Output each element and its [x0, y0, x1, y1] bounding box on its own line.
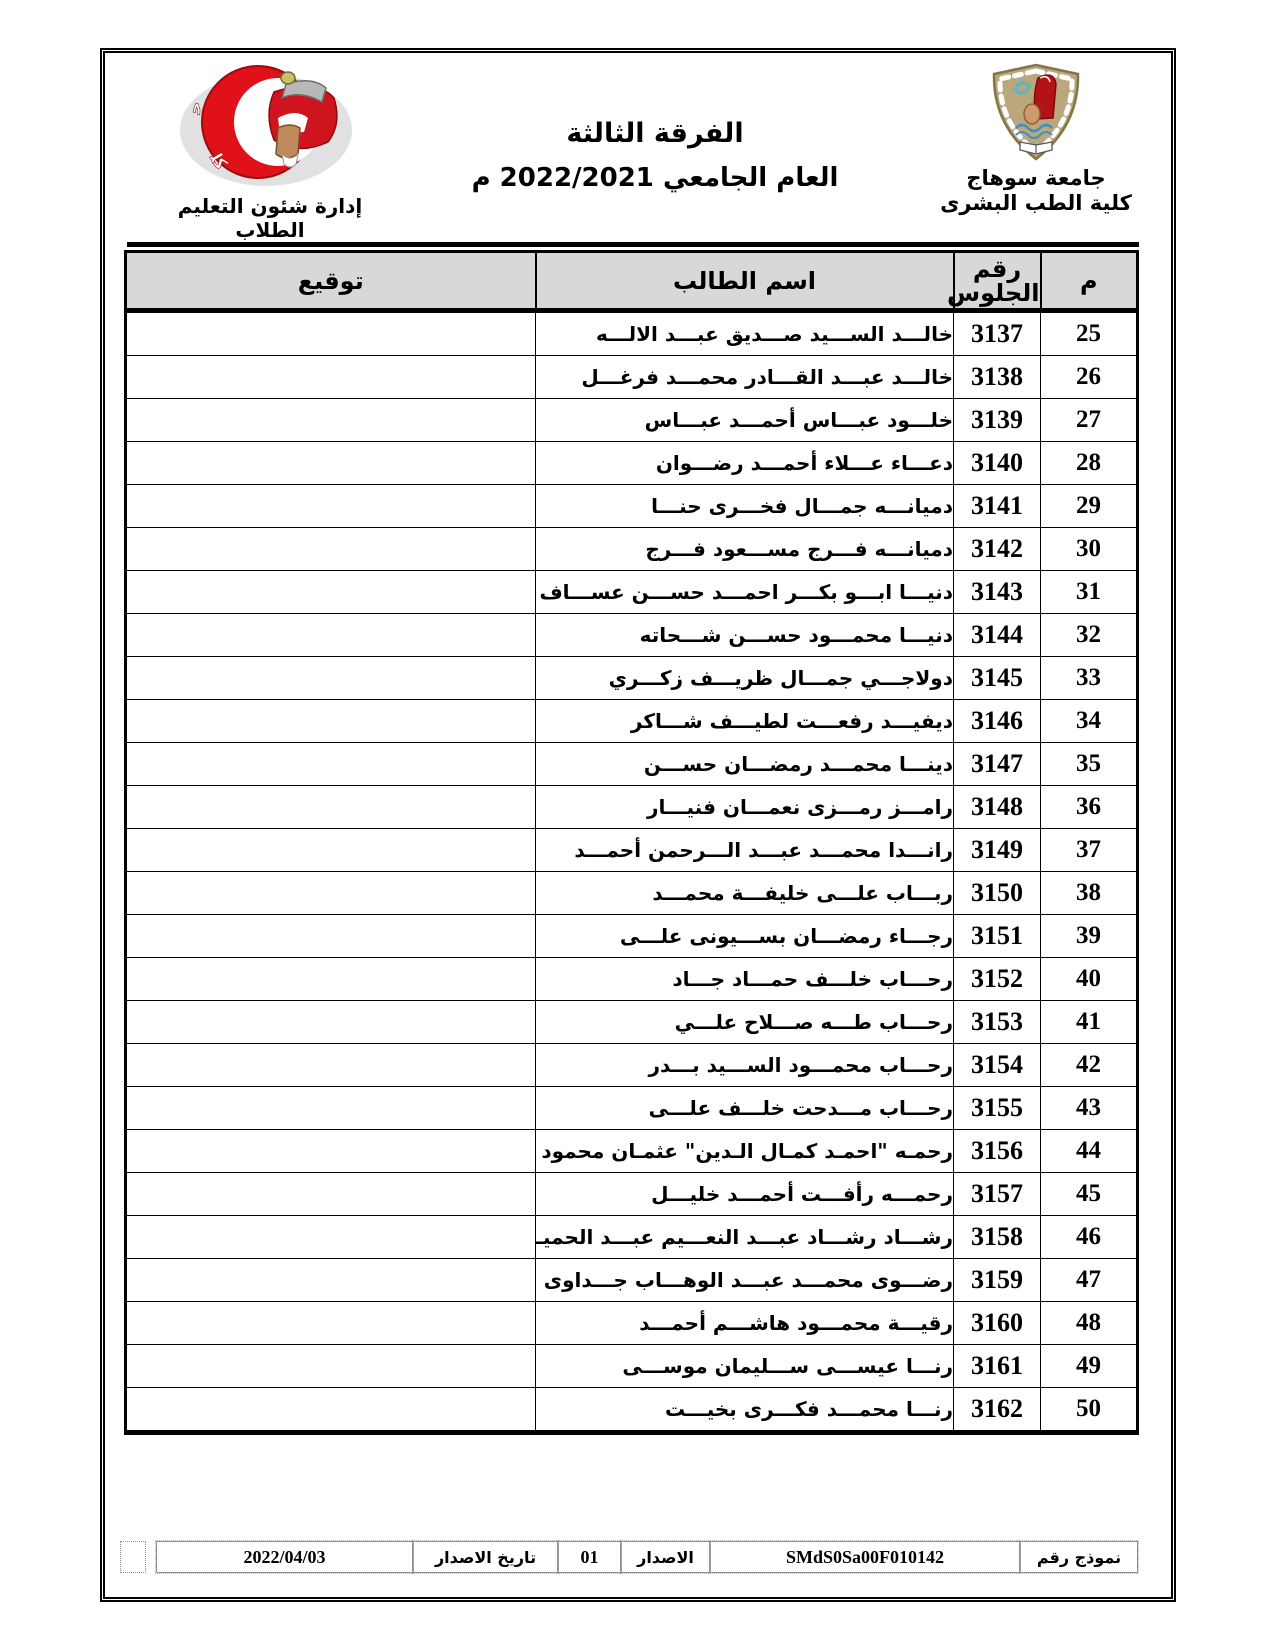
crescent-medicine-logo-icon: جامعة سوهاج كلية الطب [166, 62, 374, 186]
table-row: 483160رقيـــة محمـــود هاشـــم أحمـــد [126, 1302, 1138, 1345]
row-signature-cell [126, 1388, 536, 1433]
table-row: 343146ديفيـــد رفعـــت لطيـــف شـــاكر [126, 700, 1138, 743]
row-seat-number: 3142 [954, 528, 1041, 571]
row-seat-number: 3144 [954, 614, 1041, 657]
row-serial: 35 [1041, 743, 1138, 786]
row-serial: 27 [1041, 399, 1138, 442]
table-row: 393151رجـــاء رمضـــان بســـيونى علـــى [126, 915, 1138, 958]
row-student-name: دعـــاء عـــلاء أحمـــد رضـــوان [536, 442, 954, 485]
row-signature-cell [126, 1044, 536, 1087]
table-row: 413153رحـــاب طـــه صـــلاح علـــي [126, 1001, 1138, 1044]
row-serial: 25 [1041, 311, 1138, 356]
footer-form-strip: نموذج رقم SMdS0Sa00F010142 الاصدار 01 تا… [112, 1541, 1138, 1573]
table-row: 323144دنيـــا محمـــود حســـن شـــحاته [126, 614, 1138, 657]
row-serial: 46 [1041, 1216, 1138, 1259]
row-serial: 26 [1041, 356, 1138, 399]
row-serial: 45 [1041, 1173, 1138, 1216]
table-row: 263138خالـــد عبـــد القـــادر محمـــد ف… [126, 356, 1138, 399]
university-header-block: جامعة سوهاج كلية الطب البشرى [930, 62, 1142, 216]
row-seat-number: 3149 [954, 829, 1041, 872]
row-signature-cell [126, 311, 536, 356]
row-signature-cell [126, 442, 536, 485]
row-serial: 28 [1041, 442, 1138, 485]
row-seat-number: 3140 [954, 442, 1041, 485]
header-divider-rule [127, 242, 1139, 247]
row-seat-number: 3156 [954, 1130, 1041, 1173]
row-seat-number: 3160 [954, 1302, 1041, 1345]
row-serial: 30 [1041, 528, 1138, 571]
row-signature-cell [126, 571, 536, 614]
row-seat-number: 3155 [954, 1087, 1041, 1130]
row-student-name: خالـــد الســـيد صـــديق عبـــد الالـــه [536, 311, 954, 356]
row-signature-cell [126, 1345, 536, 1388]
table-row: 443156رحمـه "احمـد كمـال الـدين" عثمـان … [126, 1130, 1138, 1173]
row-student-name: ديفيـــد رفعـــت لطيـــف شـــاكر [536, 700, 954, 743]
faculty-header-block: جامعة سوهاج كلية الطب إدارة شئون التعليم… [150, 62, 390, 242]
row-student-name: رشـــاد رشـــاد عبـــد النعـــيم عبـــد … [536, 1216, 954, 1259]
row-student-name: خلـــود عبـــاس أحمـــد عبـــاس [536, 399, 954, 442]
row-signature-cell [126, 1259, 536, 1302]
row-signature-cell [126, 872, 536, 915]
table-row: 293141دميانـــه جمـــال فخـــرى حنـــا [126, 485, 1138, 528]
table-row: 363148رامـــز رمـــزى نعمـــان فنيـــار [126, 786, 1138, 829]
header-student-name: اسم الطالب [536, 252, 954, 311]
row-serial: 37 [1041, 829, 1138, 872]
footer-issue-value: 01 [558, 1541, 621, 1573]
row-serial: 42 [1041, 1044, 1138, 1087]
row-student-name: دميانـــه جمـــال فخـــرى حنـــا [536, 485, 954, 528]
row-seat-number: 3141 [954, 485, 1041, 528]
document-page: جامعة سوهاج كلية الطب إدارة شئون التعليم… [0, 0, 1275, 1650]
table-row: 423154رحـــاب محمـــود الســـيد بـــدر [126, 1044, 1138, 1087]
row-seat-number: 3147 [954, 743, 1041, 786]
table-row: 253137خالـــد الســـيد صـــديق عبـــد ال… [126, 311, 1138, 356]
row-student-name: رضـــوى محمـــد عبـــد الوهـــاب جـــداو… [536, 1259, 954, 1302]
row-serial: 34 [1041, 700, 1138, 743]
sohag-university-shield-icon [978, 62, 1094, 162]
row-serial: 47 [1041, 1259, 1138, 1302]
row-seat-number: 3139 [954, 399, 1041, 442]
row-serial: 32 [1041, 614, 1138, 657]
row-serial: 41 [1041, 1001, 1138, 1044]
row-signature-cell [126, 1302, 536, 1345]
header-seat-number: رقم الجلوس [954, 252, 1041, 311]
row-signature-cell [126, 485, 536, 528]
row-seat-number: 3137 [954, 311, 1041, 356]
students-table-body: 253137خالـــد الســـيد صـــديق عبـــد ال… [126, 311, 1138, 1433]
row-student-name: رنـــا عيســـى ســـليمان موســـى [536, 1345, 954, 1388]
row-signature-cell [126, 915, 536, 958]
row-signature-cell [126, 958, 536, 1001]
row-serial: 40 [1041, 958, 1138, 1001]
header-signature: توقيع [126, 252, 536, 311]
row-seat-number: 3162 [954, 1388, 1041, 1433]
row-seat-number: 3157 [954, 1173, 1041, 1216]
department-label: إدارة شئون التعليم الطلاب [150, 194, 390, 242]
academic-year-title: العام الجامعي 2022/2021 م [420, 163, 890, 193]
faculty-name: كلية الطب البشرى [930, 191, 1142, 216]
grade-title: الفرقة الثالثة [420, 118, 890, 149]
header-serial: م [1041, 252, 1138, 311]
row-seat-number: 3146 [954, 700, 1041, 743]
table-row: 403152رحـــاب خلـــف حمـــاد جـــاد [126, 958, 1138, 1001]
row-signature-cell [126, 614, 536, 657]
table-row: 313143دنيـــا ابـــو بكـــر احمـــد حســ… [126, 571, 1138, 614]
table-row: 493161رنـــا عيســـى ســـليمان موســـى [126, 1345, 1138, 1388]
table-row: 453157رحمـــه رأفـــت أحمـــد خليـــل [126, 1173, 1138, 1216]
table-row: 473159رضـــوى محمـــد عبـــد الوهـــاب ج… [126, 1259, 1138, 1302]
table-row: 353147دينـــا محمـــد رمضـــان حســـن [126, 743, 1138, 786]
row-signature-cell [126, 1130, 536, 1173]
row-student-name: دينـــا محمـــد رمضـــان حســـن [536, 743, 954, 786]
row-seat-number: 3154 [954, 1044, 1041, 1087]
crescent-logo-arc-top-text: جامعة سوهاج [166, 62, 207, 117]
row-seat-number: 3150 [954, 872, 1041, 915]
row-serial: 48 [1041, 1302, 1138, 1345]
row-seat-number: 3138 [954, 356, 1041, 399]
row-signature-cell [126, 700, 536, 743]
footer-issue-label: الاصدار [621, 1541, 710, 1573]
row-student-name: رحـــاب طـــه صـــلاح علـــي [536, 1001, 954, 1044]
table-row: 333145دولاجـــي جمـــال ظريـــف زكـــري [126, 657, 1138, 700]
students-table-wrap: م رقم الجلوس اسم الطالب توقيع 253137خالـ… [127, 242, 1139, 1435]
row-seat-number: 3159 [954, 1259, 1041, 1302]
row-seat-number: 3143 [954, 571, 1041, 614]
table-row: 303142دميانـــه فـــرج مســـعود فـــرج [126, 528, 1138, 571]
row-student-name: رحـــاب خلـــف حمـــاد جـــاد [536, 958, 954, 1001]
row-seat-number: 3145 [954, 657, 1041, 700]
table-row: 433155رحـــاب مـــدحت خلـــف علـــى [126, 1087, 1138, 1130]
row-serial: 43 [1041, 1087, 1138, 1130]
row-serial: 50 [1041, 1388, 1138, 1433]
row-student-name: خالـــد عبـــد القـــادر محمـــد فرغـــل [536, 356, 954, 399]
row-serial: 36 [1041, 786, 1138, 829]
row-signature-cell [126, 743, 536, 786]
table-row: 273139خلـــود عبـــاس أحمـــد عبـــاس [126, 399, 1138, 442]
row-seat-number: 3161 [954, 1345, 1041, 1388]
table-row: 373149رانـــدا محمـــد عبـــد الـــرحمن … [126, 829, 1138, 872]
row-student-name: رقيـــة محمـــود هاشـــم أحمـــد [536, 1302, 954, 1345]
row-serial: 31 [1041, 571, 1138, 614]
row-seat-number: 3152 [954, 958, 1041, 1001]
row-seat-number: 3153 [954, 1001, 1041, 1044]
footer-issue-date-value: 2022/04/03 [156, 1541, 413, 1573]
row-serial: 33 [1041, 657, 1138, 700]
document-title-block: الفرقة الثالثة العام الجامعي 2022/2021 م [420, 118, 890, 193]
table-header-row: م رقم الجلوس اسم الطالب توقيع [126, 252, 1138, 311]
row-serial: 39 [1041, 915, 1138, 958]
table-row: 283140دعـــاء عـــلاء أحمـــد رضـــوان [126, 442, 1138, 485]
table-row: 503162رنـــا محمـــد فكـــرى بخيـــت [126, 1388, 1138, 1433]
row-seat-number: 3148 [954, 786, 1041, 829]
row-signature-cell [126, 528, 536, 571]
footer-corner-box [120, 1541, 146, 1573]
row-student-name: ربـــاب علـــى خليفـــة محمـــد [536, 872, 954, 915]
row-signature-cell [126, 1216, 536, 1259]
table-row: 463158رشـــاد رشـــاد عبـــد النعـــيم ع… [126, 1216, 1138, 1259]
row-serial: 29 [1041, 485, 1138, 528]
row-student-name: رجـــاء رمضـــان بســـيونى علـــى [536, 915, 954, 958]
row-signature-cell [126, 786, 536, 829]
row-serial: 49 [1041, 1345, 1138, 1388]
row-signature-cell [126, 1173, 536, 1216]
row-serial: 44 [1041, 1130, 1138, 1173]
students-table: م رقم الجلوس اسم الطالب توقيع 253137خالـ… [124, 250, 1139, 1435]
row-signature-cell [126, 1001, 536, 1044]
row-student-name: دميانـــه فـــرج مســـعود فـــرج [536, 528, 954, 571]
row-student-name: رنـــا محمـــد فكـــرى بخيـــت [536, 1388, 954, 1433]
row-student-name: رحمـه "احمـد كمـال الـدين" عثمـان محمود [536, 1130, 954, 1173]
row-serial: 38 [1041, 872, 1138, 915]
row-signature-cell [126, 399, 536, 442]
svg-text:جامعة سوهاج: جامعة سوهاج [166, 62, 207, 117]
row-seat-number: 3151 [954, 915, 1041, 958]
row-signature-cell [126, 1087, 536, 1130]
table-row: 383150ربـــاب علـــى خليفـــة محمـــد [126, 872, 1138, 915]
row-student-name: رحمـــه رأفـــت أحمـــد خليـــل [536, 1173, 954, 1216]
row-student-name: رامـــز رمـــزى نعمـــان فنيـــار [536, 786, 954, 829]
row-student-name: رانـــدا محمـــد عبـــد الـــرحمن أحمـــ… [536, 829, 954, 872]
row-student-name: دولاجـــي جمـــال ظريـــف زكـــري [536, 657, 954, 700]
footer-form-code: SMdS0Sa00F010142 [710, 1541, 1020, 1573]
university-name: جامعة سوهاج [930, 166, 1142, 191]
row-signature-cell [126, 657, 536, 700]
footer-form-label: نموذج رقم [1020, 1541, 1138, 1573]
row-student-name: دنيـــا ابـــو بكـــر احمـــد حســـن عسـ… [536, 571, 954, 614]
row-student-name: رحـــاب محمـــود الســـيد بـــدر [536, 1044, 954, 1087]
row-signature-cell [126, 829, 536, 872]
row-seat-number: 3158 [954, 1216, 1041, 1259]
row-signature-cell [126, 356, 536, 399]
row-student-name: رحـــاب مـــدحت خلـــف علـــى [536, 1087, 954, 1130]
row-student-name: دنيـــا محمـــود حســـن شـــحاته [536, 614, 954, 657]
footer-issue-date-label: تاريخ الاصدار [413, 1541, 558, 1573]
